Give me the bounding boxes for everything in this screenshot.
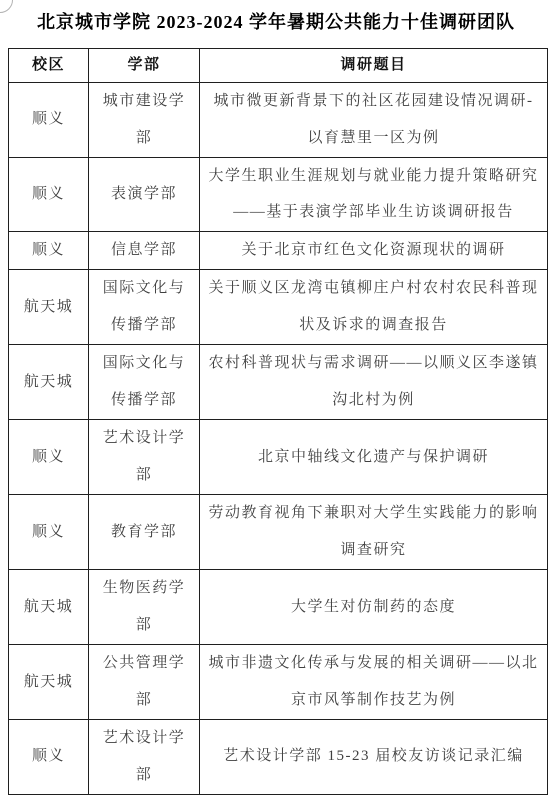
table-row: 航天城 生物医药学部 大学生对仿制药的态度 bbox=[9, 570, 548, 645]
campus-cell: 顺义 bbox=[9, 157, 89, 232]
department-cell: 艺术设计学部 bbox=[89, 420, 200, 495]
research-teams-table: 校区 学部 调研题目 顺义 城市建设学部 城市微更新背景下的社区花园建设情况调研… bbox=[8, 48, 548, 795]
department-cell: 国际文化与传播学部 bbox=[89, 270, 200, 345]
department-cell: 艺术设计学部 bbox=[89, 720, 200, 795]
department-cell: 公共管理学部 bbox=[89, 645, 200, 720]
table-row: 顺义 艺术设计学部 北京中轴线文化遗产与保护调研 bbox=[9, 420, 548, 495]
topic-cell: 北京中轴线文化遗产与保护调研 bbox=[200, 420, 548, 495]
table-row: 顺义 信息学部 关于北京市红色文化资源现状的调研 bbox=[9, 232, 548, 270]
campus-cell: 顺义 bbox=[9, 495, 89, 570]
department-cell: 城市建设学部 bbox=[89, 83, 200, 158]
campus-cell: 航天城 bbox=[9, 645, 89, 720]
campus-cell: 顺义 bbox=[9, 720, 89, 795]
topic-cell: 大学生对仿制药的态度 bbox=[200, 570, 548, 645]
topic-column-header: 调研题目 bbox=[200, 49, 548, 83]
topic-cell: 城市微更新背景下的社区花园建设情况调研-以育慧里一区为例 bbox=[200, 83, 548, 158]
department-cell: 生物医药学部 bbox=[89, 570, 200, 645]
campus-cell: 顺义 bbox=[9, 83, 89, 158]
campus-cell: 航天城 bbox=[9, 270, 89, 345]
topic-cell: 大学生职业生涯规划与就业能力提升策略研究——基于表演学部毕业生访谈调研报告 bbox=[200, 157, 548, 232]
table-header-row: 校区 学部 调研题目 bbox=[9, 49, 548, 83]
campus-column-header: 校区 bbox=[9, 49, 89, 83]
topic-cell: 关于顺义区龙湾屯镇柳庄户村农村农民科普现状及诉求的调查报告 bbox=[200, 270, 548, 345]
document-page: 北京城市学院 2023-2024 学年暑期公共能力十佳调研团队 校区 学部 调研… bbox=[0, 0, 552, 796]
department-column-header: 学部 bbox=[89, 49, 200, 83]
department-cell: 教育学部 bbox=[89, 495, 200, 570]
table-row: 航天城 公共管理学部 城市非遗文化传承与发展的相关调研——以北京市风筝制作技艺为… bbox=[9, 645, 548, 720]
campus-cell: 航天城 bbox=[9, 570, 89, 645]
table-row: 顺义 艺术设计学部 艺术设计学部 15-23 届校友访谈记录汇编 bbox=[9, 720, 548, 795]
topic-cell: 劳动教育视角下兼职对大学生实践能力的影响调查研究 bbox=[200, 495, 548, 570]
department-cell: 国际文化与传播学部 bbox=[89, 345, 200, 420]
table-row: 顺义 城市建设学部 城市微更新背景下的社区花园建设情况调研-以育慧里一区为例 bbox=[9, 83, 548, 158]
department-cell: 表演学部 bbox=[89, 157, 200, 232]
topic-cell: 农村科普现状与需求调研——以顺义区李遂镇沟北村为例 bbox=[200, 345, 548, 420]
campus-cell: 航天城 bbox=[9, 345, 89, 420]
campus-cell: 顺义 bbox=[9, 420, 89, 495]
topic-cell: 关于北京市红色文化资源现状的调研 bbox=[200, 232, 548, 270]
department-cell: 信息学部 bbox=[89, 232, 200, 270]
topic-cell: 艺术设计学部 15-23 届校友访谈记录汇编 bbox=[200, 720, 548, 795]
campus-cell: 顺义 bbox=[9, 232, 89, 270]
table-row: 顺义 教育学部 劳动教育视角下兼职对大学生实践能力的影响调查研究 bbox=[9, 495, 548, 570]
table-row: 航天城 国际文化与传播学部 关于顺义区龙湾屯镇柳庄户村农村农民科普现状及诉求的调… bbox=[9, 270, 548, 345]
table-row: 顺义 表演学部 大学生职业生涯规划与就业能力提升策略研究——基于表演学部毕业生访… bbox=[9, 157, 548, 232]
table-row: 航天城 国际文化与传播学部 农村科普现状与需求调研——以顺义区李遂镇沟北村为例 bbox=[9, 345, 548, 420]
topic-cell: 城市非遗文化传承与发展的相关调研——以北京市风筝制作技艺为例 bbox=[200, 645, 548, 720]
page-title: 北京城市学院 2023-2024 学年暑期公共能力十佳调研团队 bbox=[0, 9, 552, 36]
